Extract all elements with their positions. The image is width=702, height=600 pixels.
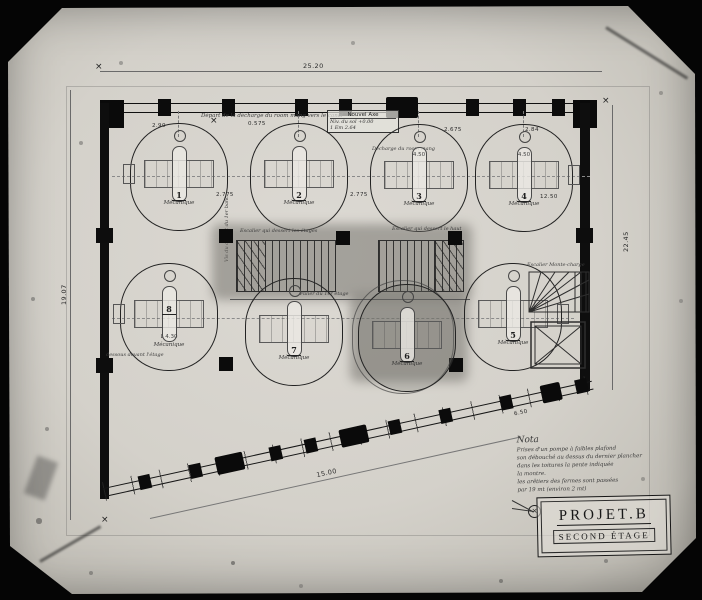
wall-pier bbox=[96, 228, 113, 243]
wall-pier bbox=[513, 99, 526, 116]
machine-oval-2: 2 Mécanique bbox=[250, 123, 348, 231]
bearing-circle bbox=[414, 131, 426, 143]
axis-box-title: Nouvel Axe bbox=[330, 112, 396, 119]
machine-number: 2 bbox=[251, 190, 347, 200]
paper-crease bbox=[605, 26, 688, 79]
title-block: PROJET.B SECOND ÉTAGE bbox=[536, 495, 671, 558]
stair-and-hoist-drawing bbox=[525, 268, 597, 374]
project-title: PROJET.B bbox=[557, 506, 651, 526]
axis-box-line2: 1 Em 2.64 bbox=[330, 125, 396, 131]
interior-column bbox=[219, 357, 233, 371]
machine-width-dim: 4.50 bbox=[371, 152, 467, 158]
machine-label: Mécanique bbox=[476, 201, 572, 207]
wall-pier bbox=[576, 228, 593, 243]
bearing-circle bbox=[402, 291, 414, 303]
machine-oval-4: 4.50 4 Mécanique bbox=[475, 124, 573, 232]
stair-left-note: Escalier qui dessert les étages bbox=[240, 228, 317, 234]
wall-pier bbox=[552, 99, 565, 116]
axis-note-box: Nouvel Axe Niv. du sol +0.00 1 Em 2.64 bbox=[327, 110, 399, 133]
machine-number: 6 bbox=[359, 351, 455, 361]
floor-title: SECOND ÉTAGE bbox=[554, 528, 655, 544]
handwritten-note: Nota Prises d'un pompe à faibles plafond… bbox=[516, 433, 677, 495]
machine-number: 7 bbox=[246, 345, 342, 355]
dimension-top-width: 25.20 bbox=[303, 62, 324, 70]
machine-oval-3: 4.50 3 Mécanique bbox=[370, 124, 468, 232]
bearing-circle bbox=[508, 270, 520, 282]
machine-oval-6: 6 Mécanique bbox=[358, 284, 456, 392]
register-mark: × bbox=[602, 96, 610, 106]
machine-number: 8 bbox=[121, 304, 217, 314]
interior-column bbox=[219, 229, 233, 243]
machine-label: Mécanique bbox=[371, 201, 467, 207]
dimension-offset: 0.575 bbox=[248, 121, 266, 127]
machine-number: 3 bbox=[371, 191, 467, 201]
note-line: par 19 mt (environ 2 mt) bbox=[517, 484, 677, 495]
bearing-circle bbox=[164, 270, 176, 282]
interior-column bbox=[336, 231, 350, 245]
dimension-line-left bbox=[70, 90, 71, 520]
machine-oval-1: 1 Mécanique bbox=[130, 123, 228, 231]
dimension-line-top bbox=[100, 71, 602, 72]
photograph-of-drawing: 25.20 × × × × 19.07 22.45 D bbox=[0, 0, 702, 600]
machine-label: Mécanique bbox=[131, 200, 227, 206]
machine-number: 4 bbox=[476, 191, 572, 201]
machine-width-dim: 4.50 bbox=[476, 152, 572, 158]
machine-oval-7: 7 Mécanique bbox=[245, 278, 343, 386]
register-mark: × bbox=[95, 62, 103, 72]
stair-winder-right bbox=[434, 240, 464, 292]
wall-pier bbox=[466, 99, 479, 116]
stair-right-note: Escalier qui dessert le haut bbox=[392, 226, 462, 232]
paper-stain bbox=[24, 455, 58, 500]
machine-label: Mécanique bbox=[121, 342, 217, 348]
interior-column bbox=[448, 231, 462, 245]
wall-pier bbox=[96, 358, 113, 373]
drive-box bbox=[123, 164, 135, 184]
register-mark: × bbox=[101, 515, 109, 525]
machine-label: Mécanique bbox=[359, 361, 455, 367]
dimension-bay: 2.775 bbox=[350, 192, 368, 198]
title-block-inner: PROJET.B SECOND ÉTAGE bbox=[540, 499, 667, 554]
drawing-sheet: 25.20 × × × × 19.07 22.45 D bbox=[0, 0, 702, 600]
discharge-note: Départ de la décharge du room mang vers … bbox=[201, 113, 343, 119]
bearing-circle bbox=[519, 131, 531, 143]
dimension-line-right bbox=[612, 105, 613, 390]
dimension-left-height: 19.07 bbox=[60, 284, 68, 305]
bearing-circle bbox=[294, 130, 306, 142]
west-wall bbox=[100, 103, 109, 499]
bearing-circle bbox=[289, 285, 301, 297]
drive-box bbox=[568, 165, 580, 185]
wall-pier bbox=[158, 99, 171, 116]
machine-label: Mécanique bbox=[251, 200, 347, 206]
bearing-circle bbox=[174, 130, 186, 142]
left-margin-note: dessous devant l'étage bbox=[106, 352, 164, 358]
paper-specks bbox=[0, 0, 2, 2]
machine-number: 1 bbox=[131, 190, 227, 200]
machine-length-dim: L 4.30 bbox=[121, 334, 217, 340]
dimension-right-height: 22.45 bbox=[622, 231, 630, 252]
machine-label: Mécanique bbox=[246, 355, 342, 361]
stair-winder-left bbox=[236, 240, 266, 292]
